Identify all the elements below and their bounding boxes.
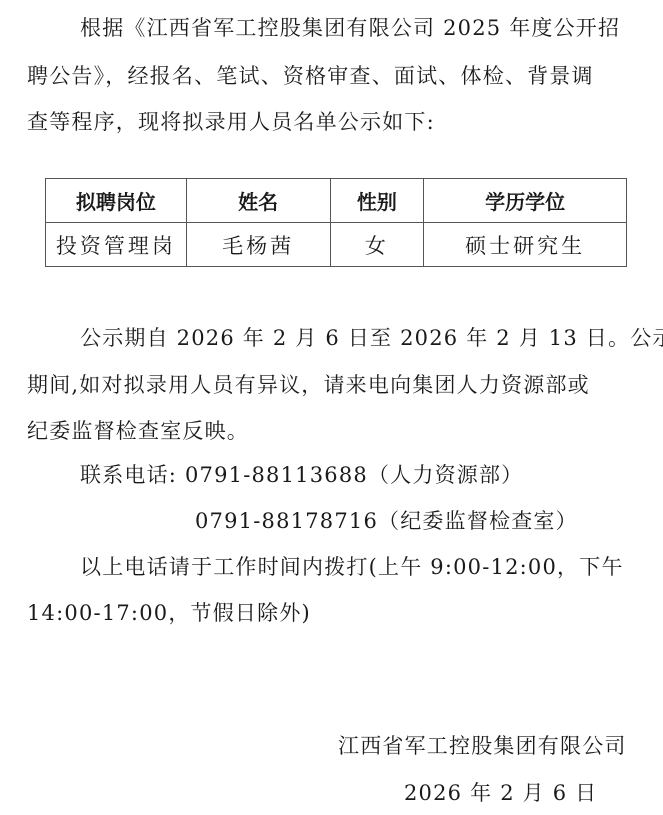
contact-phone-hr: 联系电话: 0791-88113688（人力资源部）: [80, 461, 523, 489]
signature-organization: 江西省军工控股集团有限公司: [338, 732, 627, 760]
intro-line-2: 聘公告》，经报名、笔试、资格审查、面试、体检、背景调: [27, 62, 594, 90]
notice-line-3: 纪委监督检查室反映。: [27, 417, 249, 445]
intro-line-1: 根据《江西省军工控股集团有限公司 2025 年度公开招: [80, 14, 620, 42]
signature-date: 2026 年 2 月 6 日: [404, 779, 597, 807]
contact-hours-line-2: 14:00-17:00，节假日除外): [27, 599, 311, 627]
notice-line-2: 期间,如对拟录用人员有异议，请来电向集团人力资源部或: [27, 371, 590, 399]
table-header-row: 拟聘岗位 姓名 性别 学历学位: [46, 179, 627, 223]
contact-phone-discipline: 0791-88178716（纪委监督检查室）: [195, 507, 578, 535]
contact-hours-line-1: 以上电话请于工作时间内拨打(上午 9:00-12:00，下午: [80, 553, 624, 581]
header-name: 姓名: [186, 179, 330, 223]
header-position: 拟聘岗位: [46, 179, 187, 223]
intro-line-3: 查等程序，现将拟录用人员名单公示如下:: [27, 108, 435, 136]
header-education: 学历学位: [424, 179, 627, 223]
notice-line-1: 公示期自 2026 年 2 月 6 日至 2026 年 2 月 13 日。公示: [80, 324, 663, 352]
cell-position: 投资管理岗: [46, 223, 187, 267]
header-gender: 性别: [330, 179, 424, 223]
table-row: 投资管理岗 毛杨茜 女 硕士研究生: [46, 223, 627, 267]
cell-name: 毛杨茜: [186, 223, 330, 267]
cell-gender: 女: [330, 223, 424, 267]
hiring-roster-table: 拟聘岗位 姓名 性别 学历学位 投资管理岗 毛杨茜 女 硕士研究生: [45, 178, 627, 267]
cell-education: 硕士研究生: [424, 223, 627, 267]
